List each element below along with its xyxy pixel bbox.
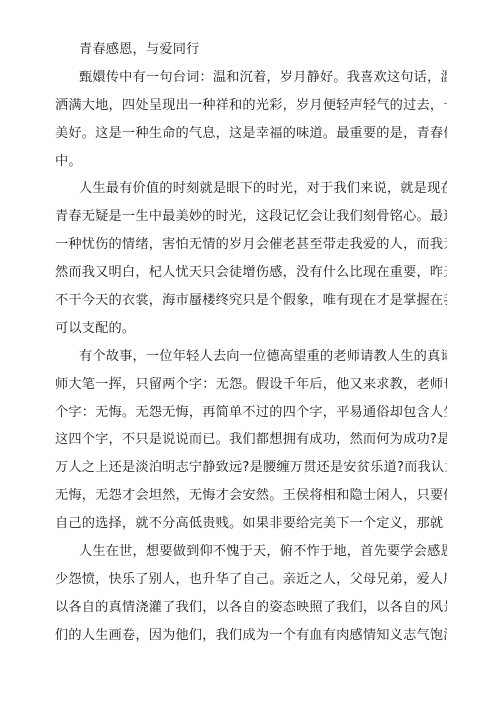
paragraph-line: 甄嬛传中有一句台词：温和沉着，岁月静好。我喜欢这句话，温和的阳 光 xyxy=(55,68,447,96)
paragraph-line: 无悔，无怨才会坦然，无悔才会安然。王侯将相和隐士闲人，只要他 们安心于 xyxy=(55,486,447,514)
paragraph-2: 人生最有价值的时刻就是眼下的时光，对于我们来说，就是现在，青春。 青春无疑是一生… xyxy=(55,179,447,346)
document-title: 青春感恩，与爱同行 xyxy=(55,40,447,68)
paragraph-line: 自己的选择，就不分高低贵贱。如果非要给完美下一个定义，那就 是无怨无悔。 xyxy=(55,514,447,542)
paragraph-line: 洒满大地，四处呈现出一种祥和的光彩，岁月便轻声轻气的过去，一切都 沉静 xyxy=(55,96,447,124)
paragraph-line: 人生在世，想要做到仰不愧于天，俯不怍于地，首先要学会感恩。多感 恩， xyxy=(55,542,447,570)
paragraph-line: 可以支配的。 xyxy=(55,319,447,347)
paragraph-line: 美好。这是一种生命的气息，这是幸福的味道。最重要的是，青春便孕 育在其 xyxy=(55,124,447,152)
paragraph-line: 不干今天的衣裳，海市蜃楼终究只是个假象，唯有现在才是掌握在我 们手中并 xyxy=(55,291,447,319)
paragraph-line: 万人之上还是淡泊明志宁静致远?是腰缠万贯还是安贫乐道?而我认为， 是无怨 xyxy=(55,458,447,486)
paragraph-line: 这四个字，不只是说说而已。我们都想拥有成功，然而何为成功?是一人 之下 xyxy=(55,430,447,458)
paragraph-3: 有个故事，一位年轻人去向一位德高望重的老师请教人生的真谛。只见 老 师大笔一挥，… xyxy=(55,347,447,542)
paragraph-line: 一种忧伤的情绪，害怕无情的岁月会催老甚至带走我爱的人，而我无能为 力。 xyxy=(55,235,447,263)
paragraph-4: 人生在世，想要做到仰不愧于天，俯不怍于地，首先要学会感恩。多感 恩， 少怨愤，快… xyxy=(55,542,447,654)
paragraph-line: 们的人生画卷，因为他们，我们成为一个有血有肉感情知义志气饱满 人格独立 xyxy=(55,626,447,654)
paragraph-line: 青春无疑是一生中最美妙的时光，这段记忆会让我们刻骨铭心。最近，总是 有 xyxy=(55,207,447,235)
paragraph-line: 然而我又明白，杞人忧天只会徒增伤感，没有什么比现在重要，昨天的 太阳晒 xyxy=(55,263,447,291)
paragraph-line: 个字：无悔。无怨无悔，再简单不过的四个字，平易通俗却包含人生大智 慧， xyxy=(55,403,447,431)
paragraph-line: 师大笔一挥，只留两个字：无怨。假设千年后，他又来求教，老师也留下了 两 xyxy=(55,375,447,403)
paragraph-line: 少怨愤，快乐了别人，也升华了自己。亲近之人，父母兄弟，爱人朋友， 他们 xyxy=(55,570,447,598)
paragraph-line: 以各自的真情浇灌了我们，以各自的姿态映照了我们，以各自的风景组成了我 xyxy=(55,598,447,626)
paragraph-line: 中。 xyxy=(55,152,447,180)
document-page: 青春感恩，与爱同行 甄嬛传中有一句台词：温和沉着，岁月静好。我喜欢这句话，温和的… xyxy=(55,40,447,654)
paragraph-line: 有个故事，一位年轻人去向一位德高望重的老师请教人生的真谛。只见 老 xyxy=(55,347,447,375)
paragraph-1: 甄嬛传中有一句台词：温和沉着，岁月静好。我喜欢这句话，温和的阳 光 洒满大地，四… xyxy=(55,68,447,180)
paragraph-line: 人生最有价值的时刻就是眼下的时光，对于我们来说，就是现在，青春。 xyxy=(55,179,447,207)
